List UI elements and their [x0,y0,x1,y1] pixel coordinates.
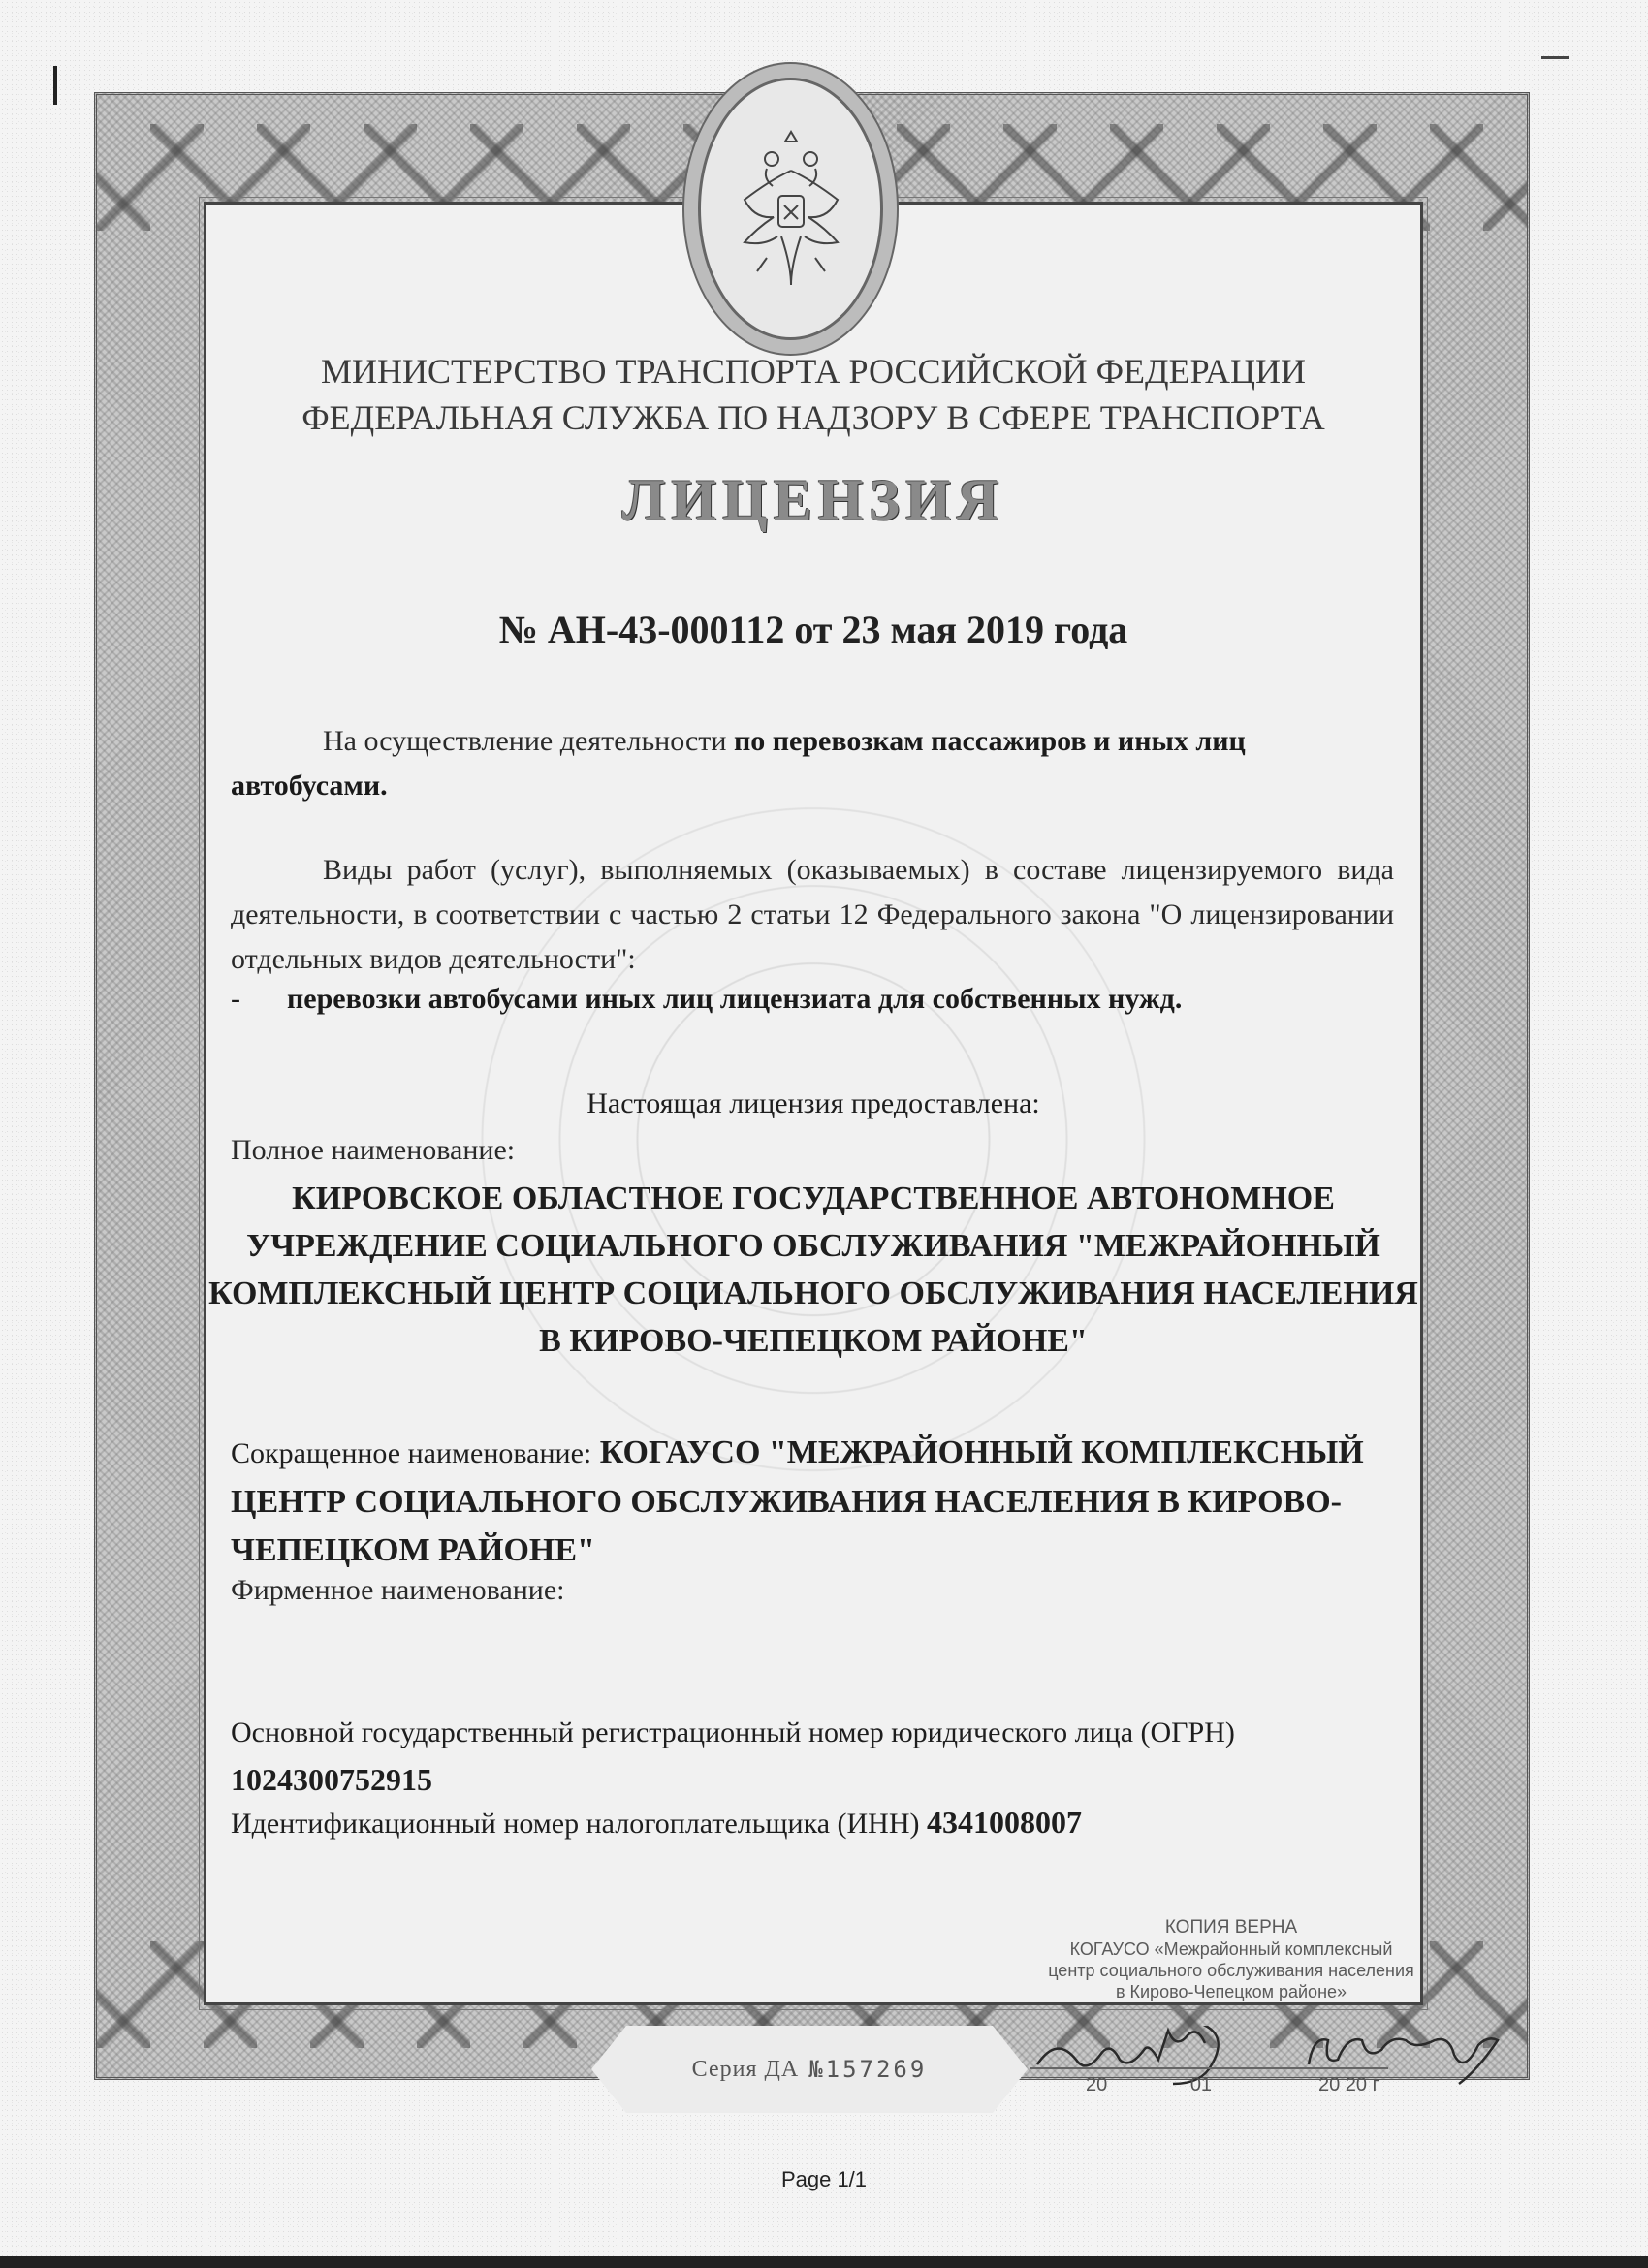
ogrn-block: Основной государственный регистрационный… [231,1710,1413,1805]
document-title: ЛИЦЕНЗИЯ [204,467,1423,534]
short-name-label: Сокращенное наименование: [231,1437,591,1469]
series-label: Серия ДА [692,2057,800,2083]
ministry-name: МИНИСТЕРСТВО ТРАНСПОРТА РОССИЙСКОЙ ФЕДЕР… [204,351,1423,392]
ogrn-value: 1024300752915 [231,1762,432,1797]
granted-to-label: Настоящая лицензия предоставлена: [204,1087,1423,1120]
stamp-title: КОПИЯ ВЕРНА [1028,1917,1435,1938]
certified-copy-stamp: КОПИЯ ВЕРНА КОГАУСО «Межрайонный комплек… [1028,1917,1435,2002]
signature-line [1030,2067,1388,2069]
list-bullet: - [231,983,287,1016]
stamp-line-2: центр социального обслуживания населения [1028,1960,1435,1981]
stamp-date-day: 20 [1086,2074,1107,2095]
scan-edge-mark [53,66,57,105]
stamp-date: 20 01 [1086,2074,1212,2096]
stamp-line-1: КОГАУСО «Межрайонный комплексный [1028,1938,1435,1960]
coat-of-arms-emblem [698,78,883,340]
stamp-line-3: в Кирово-Чепецком районе» [1028,1981,1435,2002]
service-name: ФЕДЕРАЛЬНАЯ СЛУЖБА ПО НАДЗОРУ В СФЕРЕ ТР… [204,397,1423,438]
double-headed-eagle-icon [728,112,854,306]
series-number: №157269 [808,2056,927,2083]
inn-value: 4341008007 [927,1805,1082,1840]
ogrn-label: Основной государственный регистрационный… [231,1717,1235,1748]
scan-bottom-edge [0,2256,1648,2268]
service-text: перевозки автобусами иных лиц лицензиата… [287,983,1182,1015]
brand-name-label: Фирменное наименование: [231,1574,565,1607]
service-list-item: -перевозки автобусами иных лиц лицензиат… [231,983,1404,1016]
stamp-date-month: 01 [1190,2074,1212,2095]
short-name-block: Сокращенное наименование: КОГАУСО "МЕЖРА… [231,1429,1413,1575]
activity-prefix: На осуществление деятельности [323,725,734,757]
stamp-date-year: 20 20 г [1318,2074,1379,2096]
services-intro: Виды работ (услуг), выполняемых (оказыва… [231,848,1394,982]
licensed-activity: На осуществление деятельности по перевоз… [231,719,1394,808]
licensee-full-name: КИРОВСКОЕ ОБЛАСТНОЕ ГОСУДАРСТВЕННОЕ АВТО… [204,1175,1423,1365]
inn-label: Идентификационный номер налогоплательщик… [231,1808,919,1840]
scan-corner-mark [1541,56,1569,59]
full-name-label: Полное наименование: [231,1134,515,1167]
license-number: № АН-43-000112 от 23 мая 2019 года [204,607,1423,652]
series-plate: Серия ДА №157269 [591,2026,1028,2113]
page-indicator: Page 1/1 [0,2167,1648,2192]
inn-block: Идентификационный номер налогоплательщик… [231,1805,1413,1841]
